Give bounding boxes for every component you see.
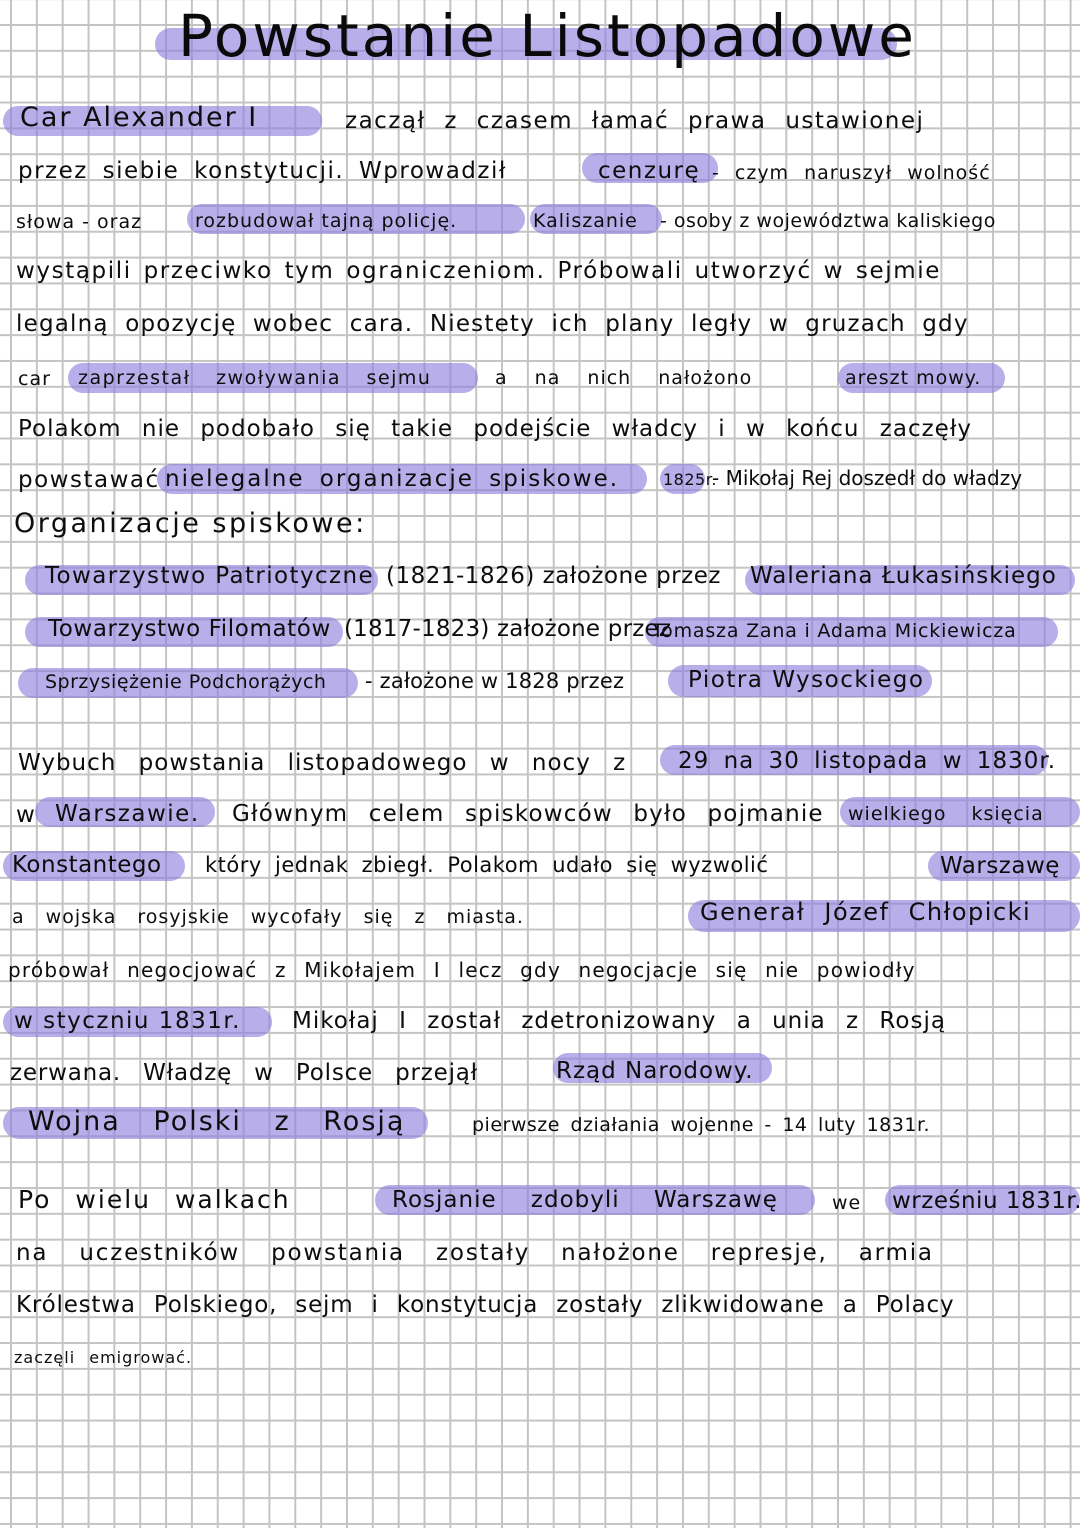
text-organizacje-heading: Organizacje spiskowe:	[14, 508, 367, 539]
text-s3-l2: na uczestników powstania zostały nałożon…	[16, 1240, 934, 1266]
text-tajna-policja: rozbudował tajną policję.	[195, 210, 457, 232]
text-line-8a: powstawać	[18, 467, 160, 493]
text-line-7: Polakom nie podobało się takie podejście…	[18, 416, 972, 442]
text-wybuch: Wybuch powstania listopadowego w nocy z	[18, 750, 626, 776]
org-name: Towarzystwo Filomatów	[48, 616, 331, 642]
text-s2-l8: pierwsze działania wojenne - 14 luty 183…	[472, 1114, 930, 1136]
org-founder: Tomasza Zana i Adama Mickiewicza	[652, 620, 1017, 642]
text-rzad-narodowy: Rząd Narodowy.	[556, 1058, 754, 1084]
org-name: Sprzysiężenie Podchorążych	[45, 671, 326, 693]
text-wojna-polski-z-rosja: Wojna Polski z Rosją	[28, 1106, 405, 1137]
text-line-2b: - czym naruszył wolność	[712, 162, 991, 184]
text-line-2a: przez siebie konstytucji. Wprowadził	[18, 158, 507, 184]
text-warszawe: Warszawę	[940, 853, 1060, 879]
text-29-30-listopada: 29 na 30 listopada w 1830r.	[678, 748, 1056, 774]
text-line-6b: a na nich nałożono	[495, 367, 752, 389]
org-name: Towarzystwo Patriotyczne	[45, 563, 374, 589]
text-line-3b: - osoby z województwa kaliskiego	[660, 210, 996, 232]
text-1825: 1825r.	[663, 470, 717, 489]
text-line-8b: - Mikołaj Rej doszedł do władzy	[712, 466, 1022, 490]
text-kaliszanie: Kaliszanie	[533, 210, 638, 232]
text-line-6a: car	[18, 368, 51, 390]
text-s2-l5: próbował negocjować z Mikołajem I lecz g…	[8, 958, 916, 982]
text-nielegalne-organizacje: nielegalne organizacje spiskowe.	[165, 466, 619, 492]
text-s2-l2a: w	[16, 802, 36, 828]
text-line-3a: słowa - oraz	[16, 211, 142, 233]
text-s2-l2b: Głównym celem spiskowców było pojmanie	[232, 801, 824, 827]
org-founder: Piotra Wysockiego	[688, 667, 924, 693]
text-car-alexander: Car Alexander I	[20, 102, 258, 133]
text-warszawie: Warszawie.	[55, 801, 200, 827]
text-line-4: wystąpili przeciwko tym ograniczeniom. P…	[16, 258, 941, 284]
text-wielkiego-ksiecia: wielkiego księcia	[848, 803, 1044, 825]
notebook-page: Powstanie Listopadowe Car Alexander I za…	[0, 0, 1080, 1528]
text-wrzesniu-1831: wrześniu 1831r.	[892, 1188, 1080, 1214]
org-details: (1817-1823) założone przez	[344, 616, 671, 642]
text-s3-l3: Królestwa Polskiego, sejm i konstytucja …	[16, 1292, 954, 1318]
text-rosjanie-zdobyli: Rosjanie zdobyli Warszawę	[392, 1187, 778, 1213]
org-details: - założone w 1828 przez	[365, 669, 624, 693]
text-s2-l4: a wojska rosyjskie wycofały się z miasta…	[12, 906, 524, 928]
text-line-1: zaczął z czasem łamać prawa ustawionej	[345, 108, 924, 134]
org-founder: Waleriana Łukasińskiego	[750, 563, 1057, 589]
text-s2-l3: który jednak zbiegł. Polakom udało się w…	[205, 853, 768, 877]
text-konstantego: Konstantego	[12, 852, 162, 878]
text-line-5: legalną opozycję wobec cara. Niestety ic…	[16, 311, 969, 337]
text-general-chlopicki: Generał Józef Chłopicki	[700, 898, 1031, 926]
page-title: Powstanie Listopadowe	[178, 2, 917, 70]
text-s2-l7: zerwana. Władzę w Polsce przejął	[10, 1060, 478, 1086]
text-areszt-mowy: areszt mowy.	[845, 367, 981, 389]
text-s2-l6: Mikołaj I został zdetronizowany a unia z…	[292, 1008, 946, 1034]
text-s3-l1a: Po wielu walkach	[18, 1185, 291, 1214]
text-s3-l1b: we	[832, 1192, 861, 1214]
org-details: (1821-1826) założone przez	[386, 563, 721, 589]
text-cenzura: cenzurę	[598, 158, 700, 184]
text-styczniu-1831: w styczniu 1831r.	[14, 1008, 241, 1034]
text-zaprzestal: zaprzestał zwoływania sejmu	[78, 367, 431, 389]
text-s3-l4: zaczęli emigrować.	[14, 1348, 192, 1367]
